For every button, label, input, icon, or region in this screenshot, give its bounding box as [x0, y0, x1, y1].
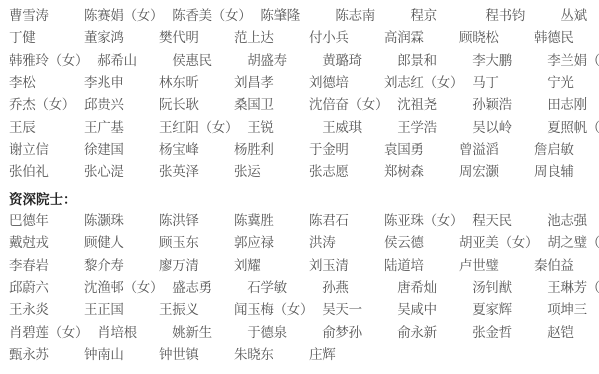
member-name: 周良辅 — [525, 160, 599, 180]
name-row: 乔杰（女）邱贵兴阮长耿桑国卫沈倍奋（女）沈祖尧孙颖浩田志刚 — [0, 92, 599, 114]
member-name: 程京 — [401, 4, 476, 24]
member-name: 乔杰（女） — [0, 93, 75, 113]
member-name: 王学浩 — [388, 116, 463, 136]
member-name: 邱贵兴 — [75, 93, 150, 113]
member-name: 杨宝峰 — [150, 138, 225, 158]
member-name: 沈渔邨（女） — [75, 276, 163, 296]
name-row: 巴德年陈灏珠陈洪铎陈冀胜陈君石陈亚珠（女）程天民池志强 — [0, 208, 599, 230]
member-name: 程天民 — [463, 209, 538, 229]
member-name: 程书钧 — [476, 4, 551, 24]
member-name: 张金哲 — [463, 321, 538, 341]
senior-members-title: 资深院士： — [9, 188, 77, 208]
member-name: 张志愿 — [300, 160, 375, 180]
member-name: 张运 — [225, 160, 300, 180]
member-name: 黎介寿 — [75, 254, 150, 274]
member-name: 石学敏 — [238, 276, 313, 296]
member-name: 范上达 — [225, 26, 300, 46]
member-name: 宁光 — [538, 71, 599, 91]
member-name: 卢世璧 — [450, 254, 525, 274]
member-name: 王正国 — [75, 298, 150, 318]
member-name: 朱晓东 — [225, 343, 300, 363]
member-name: 李兰娟（女） — [538, 49, 599, 69]
member-name: 郑树森 — [375, 160, 450, 180]
name-row: 戴尅戎顾健人顾玉东郭应禄洪涛侯云德胡亚美（女）胡之璧（女） — [0, 230, 599, 252]
member-name: 廖万清 — [150, 254, 225, 274]
member-name: 肖碧莲（女） — [0, 321, 88, 341]
member-name: 陈香美（女） — [163, 4, 251, 24]
member-name: 陈赛娟（女） — [75, 4, 163, 24]
senior-members-grid: 巴德年陈灏珠陈洪铎陈冀胜陈君石陈亚珠（女）程天民池志强戴尅戎顾健人顾玉东郭应禄洪… — [0, 208, 599, 364]
member-name: 田志刚 — [538, 93, 599, 113]
member-name: 胡之璧（女） — [538, 231, 599, 251]
name-row: 韩雅玲（女）郝希山侯惠民胡盛寿黄璐琦郎景和李大鹏李兰娟（女） — [0, 48, 599, 70]
member-name: 王红阳（女） — [150, 116, 238, 136]
member-name: 沈祖尧 — [388, 93, 463, 113]
member-name: 韩雅玲（女） — [0, 49, 88, 69]
member-name: 俞梦孙 — [313, 321, 388, 341]
member-name: 陈志南 — [326, 4, 401, 24]
member-name: 王琳芳（女） — [538, 276, 599, 296]
member-name: 侯惠民 — [163, 49, 238, 69]
member-name: 陈洪铎 — [150, 209, 225, 229]
member-name: 刘耀 — [225, 254, 300, 274]
name-row: 张伯礼张心湜张英泽张运张志愿郑树森周宏灏周良辅 — [0, 159, 599, 181]
member-name: 孙燕 — [313, 276, 388, 296]
member-name: 黄璐琦 — [313, 49, 388, 69]
member-name: 刘志红（女） — [375, 71, 463, 91]
member-name: 邱蔚六 — [0, 276, 75, 296]
member-name: 顾健人 — [75, 231, 150, 251]
member-name: 夏照帆（女） — [538, 116, 599, 136]
member-name: 徐建国 — [75, 138, 150, 158]
member-name: 顾晓松 — [450, 26, 525, 46]
member-name: 孙颖浩 — [463, 93, 538, 113]
member-name: 吴天一 — [313, 298, 388, 318]
member-name: 张伯礼 — [0, 160, 75, 180]
member-name: 钟世镇 — [150, 343, 225, 363]
member-name: 曹雪涛 — [0, 4, 75, 24]
member-name: 林东昕 — [150, 71, 225, 91]
member-name: 王振义 — [150, 298, 225, 318]
member-name: 丁健 — [0, 26, 75, 46]
member-name: 樊代明 — [150, 26, 225, 46]
member-name: 张英泽 — [150, 160, 225, 180]
member-name: 汤钊猷 — [463, 276, 538, 296]
member-name: 项坤三 — [538, 298, 599, 318]
name-row: 曹雪涛陈赛娟（女）陈香美（女）陈肇隆陈志南程京程书钧丛斌 — [0, 3, 599, 25]
name-row: 丁健董家鸿樊代明范上达付小兵高润霖顾晓松韩德民 — [0, 25, 599, 47]
member-name: 陈君石 — [300, 209, 375, 229]
member-name: 王锐 — [238, 116, 313, 136]
member-name: 夏家辉 — [463, 298, 538, 318]
member-name: 陈亚珠（女） — [375, 209, 463, 229]
member-name: 胡盛寿 — [238, 49, 313, 69]
member-name: 闻玉梅（女） — [225, 298, 313, 318]
member-name: 郎景和 — [388, 49, 463, 69]
member-name: 赵铠 — [538, 321, 599, 341]
member-name: 钟南山 — [75, 343, 150, 363]
member-name: 肖培根 — [88, 321, 163, 341]
member-name: 阮长耿 — [150, 93, 225, 113]
member-name: 戴尅戎 — [0, 231, 75, 251]
member-name: 吴咸中 — [388, 298, 463, 318]
member-name: 洪涛 — [300, 231, 375, 251]
member-name: 袁国勇 — [375, 138, 450, 158]
name-row: 甄永苏钟南山钟世镇朱晓东庄辉 — [0, 342, 599, 364]
member-name: 吴以岭 — [463, 116, 538, 136]
member-name: 池志强 — [538, 209, 599, 229]
member-name: 郭应禄 — [225, 231, 300, 251]
name-row: 王永炎王正国王振义闻玉梅（女）吴天一吴咸中夏家辉项坤三 — [0, 297, 599, 319]
member-name: 杨胜利 — [225, 138, 300, 158]
member-name: 沈倍奋（女） — [300, 93, 388, 113]
member-name: 周宏灏 — [450, 160, 525, 180]
member-name: 盛志勇 — [163, 276, 238, 296]
name-row: 谢立信徐建国杨宝峰杨胜利于金明袁国勇曾溢滔詹启敏 — [0, 137, 599, 159]
member-name: 唐希灿 — [388, 276, 463, 296]
member-name: 马丁 — [463, 71, 538, 91]
member-name: 桑国卫 — [225, 93, 300, 113]
member-name: 谢立信 — [0, 138, 75, 158]
member-name: 顾玉东 — [150, 231, 225, 251]
member-name: 陈冀胜 — [225, 209, 300, 229]
member-name: 韩德民 — [525, 26, 599, 46]
name-row: 李松李兆申林东昕刘昌孝刘德培刘志红（女）马丁宁光 — [0, 70, 599, 92]
member-name: 甄永苏 — [0, 343, 75, 363]
member-name: 付小兵 — [300, 26, 375, 46]
member-name: 郝希山 — [88, 49, 163, 69]
member-name: 姚新生 — [163, 321, 238, 341]
member-name: 王威琪 — [313, 116, 388, 136]
member-name: 李大鹏 — [463, 49, 538, 69]
member-name: 张心湜 — [75, 160, 150, 180]
member-name: 于金明 — [300, 138, 375, 158]
member-name: 刘玉清 — [300, 254, 375, 274]
member-name: 王广基 — [75, 116, 150, 136]
member-name: 刘德培 — [300, 71, 375, 91]
name-row: 肖碧莲（女）肖培根姚新生于德泉俞梦孙俞永新张金哲赵铠 — [0, 319, 599, 341]
member-name: 王辰 — [0, 116, 75, 136]
member-name: 李兆申 — [75, 71, 150, 91]
member-name: 李春岩 — [0, 254, 75, 274]
name-row: 邱蔚六沈渔邨（女）盛志勇石学敏孙燕唐希灿汤钊猷王琳芳（女） — [0, 275, 599, 297]
member-name: 陈肇隆 — [251, 4, 326, 24]
member-name: 曾溢滔 — [450, 138, 525, 158]
member-name: 刘昌孝 — [225, 71, 300, 91]
member-name: 于德泉 — [238, 321, 313, 341]
member-name: 庄辉 — [300, 343, 375, 363]
member-name: 陈灏珠 — [75, 209, 150, 229]
member-name: 王永炎 — [0, 298, 75, 318]
member-name: 丛斌 — [551, 4, 599, 24]
member-name: 巴德年 — [0, 209, 75, 229]
name-row: 王辰王广基王红阳（女）王锐王威琪王学浩吴以岭夏照帆（女） — [0, 114, 599, 136]
member-name: 詹启敏 — [525, 138, 599, 158]
member-name: 俞永新 — [388, 321, 463, 341]
current-members-grid: 曹雪涛陈赛娟（女）陈香美（女）陈肇隆陈志南程京程书钧丛斌丁健董家鸿樊代明范上达付… — [0, 3, 599, 181]
member-name: 秦伯益 — [525, 254, 599, 274]
name-row: 李春岩黎介寿廖万清刘耀刘玉清陆道培卢世璧秦伯益 — [0, 253, 599, 275]
member-name: 李松 — [0, 71, 75, 91]
member-name: 陆道培 — [375, 254, 450, 274]
member-name: 侯云德 — [375, 231, 450, 251]
member-name: 胡亚美（女） — [450, 231, 538, 251]
member-name: 高润霖 — [375, 26, 450, 46]
member-name: 董家鸿 — [75, 26, 150, 46]
